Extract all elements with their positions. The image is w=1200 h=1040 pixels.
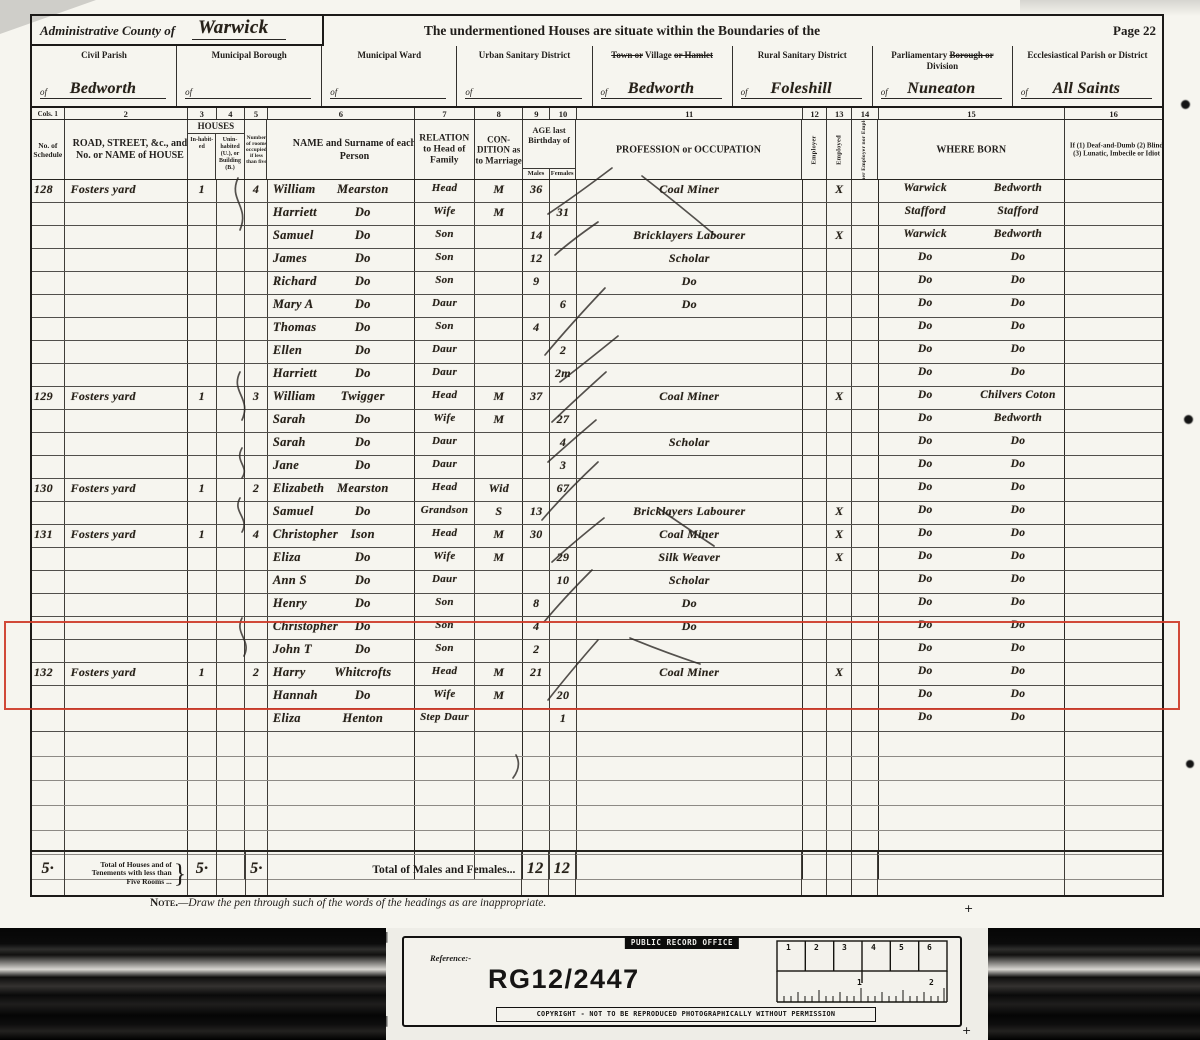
name-cell: SamuelDo: [268, 226, 415, 248]
relation-cell: Son: [415, 594, 475, 616]
census-row: HenryDoSon8DoDoDo: [32, 594, 1162, 617]
surname-or-ditto: Do: [334, 550, 392, 565]
forename: Harriett: [273, 366, 317, 381]
col-header-employed: Employed: [827, 120, 852, 179]
employer-cell: [803, 456, 828, 478]
inhabited-cell: [188, 594, 217, 616]
surname-or-ditto: Do: [334, 596, 392, 611]
born-county: Do: [879, 251, 972, 263]
relation-cell: Head: [415, 525, 475, 547]
schedule-cell: [32, 433, 65, 455]
rooms-cell: [245, 732, 268, 756]
address-cell: [65, 295, 188, 317]
forename: Thomas: [273, 320, 316, 335]
neither-cell: [852, 272, 879, 294]
condition-cell: M: [475, 387, 523, 409]
where-born-cell: DoDo: [879, 479, 1066, 501]
col-header-neither: Neither Employer nor Employed: [852, 120, 879, 179]
rooms-cell: [245, 806, 268, 830]
uninhabited-cell: [217, 709, 246, 731]
inhabited-cell: [188, 318, 217, 340]
forename: Eliza: [273, 711, 301, 726]
relation-cell: Daur: [415, 364, 475, 386]
inhabited-cell: [188, 709, 217, 731]
address-cell: [65, 341, 188, 363]
uninhabited-cell: [217, 433, 246, 455]
born-place: Do: [972, 320, 1065, 332]
employed-cell: [827, 249, 852, 271]
relation-cell: Wife: [415, 548, 475, 570]
address-cell: [65, 433, 188, 455]
born-place: Do: [972, 504, 1065, 516]
born-place: Chilvers Coton: [972, 389, 1065, 401]
name-cell: ChristopherIson: [268, 525, 415, 547]
occupation-cell: [577, 203, 803, 225]
admin-county-box: Administrative County of Warwick: [32, 16, 324, 46]
boundary-statement: The undermentioned Houses are situate wi…: [342, 23, 902, 39]
address-cell: [65, 364, 188, 386]
condition-cell: Wid: [475, 479, 523, 501]
column-number: 16: [1065, 108, 1162, 119]
name-cell: ElizaHenton: [268, 709, 415, 731]
name-cell: [268, 806, 415, 830]
age-male-cell: 9: [523, 272, 550, 294]
condition-cell: M: [475, 180, 523, 202]
where-born-cell: DoDo: [879, 594, 1066, 616]
totals-where-born-cell: [878, 852, 1065, 895]
neither-cell: [852, 433, 879, 455]
where-born-cell: DoDo: [879, 318, 1066, 340]
forename: Ellen: [273, 343, 302, 358]
inhabited-cell: [188, 433, 217, 455]
where-born-cell: DoDo: [879, 709, 1066, 731]
totals-schedule-cell: 5·: [32, 852, 65, 895]
name-cell: EllenDo: [268, 341, 415, 363]
address-cell: [65, 203, 188, 225]
totals-inhabited-cell: 5·: [188, 852, 217, 895]
svg-text:4: 4: [871, 943, 876, 952]
where-born-cell: DoDo: [879, 525, 1066, 547]
address-cell: Fosters yard: [65, 387, 188, 409]
born-place: Do: [972, 366, 1065, 378]
ruler-scale: 12 34 56 12: [776, 940, 948, 1006]
infirmity-cell: [1065, 387, 1162, 409]
census-row: HarriettDoWifeM31StaffordStafford: [32, 203, 1162, 226]
inhabited-cell: [188, 757, 217, 781]
age-male-cell: [523, 479, 550, 501]
where-born-cell: StaffordStafford: [879, 203, 1066, 225]
infirmity-cell: [1065, 709, 1162, 731]
infirmity-cell: [1065, 732, 1162, 756]
address-cell: [65, 732, 188, 756]
schedule-cell: [32, 757, 65, 781]
infirmity-cell: [1065, 341, 1162, 363]
surname-or-ditto: Do: [334, 251, 392, 266]
address-cell: [65, 249, 188, 271]
relation-cell: Daur: [415, 456, 475, 478]
totals-males-females-label-cell: Total of Males and Females...: [268, 852, 522, 895]
employer-cell: [803, 709, 828, 731]
employed-cell: X: [827, 502, 852, 524]
rooms-cell: [245, 433, 268, 455]
name-cell: ElizabethMearston: [268, 479, 415, 501]
schedule-cell: [32, 295, 65, 317]
rooms-cell: 2: [245, 479, 268, 501]
district-header-value-line: ofNuneaton: [881, 76, 1002, 99]
rooms-cell: [245, 410, 268, 432]
col-header-relation: RELATION to Head of Family: [415, 120, 475, 179]
registration-mark: |: [385, 1014, 389, 1027]
employed-cell: [827, 757, 852, 781]
born-place: Do: [972, 343, 1065, 355]
born-place: Bedworth: [972, 182, 1065, 194]
schedule-cell: [32, 709, 65, 731]
rooms-cell: [245, 249, 268, 271]
born-place: Stafford: [972, 205, 1065, 217]
name-cell: RichardDo: [268, 272, 415, 294]
rooms-cell: [245, 272, 268, 294]
occupation-cell: [577, 757, 803, 781]
employer-cell: [803, 781, 828, 805]
age-female-cell: [550, 272, 577, 294]
district-header-cell: Parliamentary Borough or DivisionofNunea…: [873, 46, 1013, 106]
forename: Eliza: [273, 550, 301, 565]
forename: Henry: [273, 596, 307, 611]
col-header-schedule: No. of Schedule: [32, 120, 65, 179]
forename: Jane: [273, 458, 299, 473]
born-county: Do: [879, 274, 972, 286]
forename: Elizabeth: [273, 481, 324, 496]
rooms-cell: 3: [245, 387, 268, 409]
brace-glyph: }: [174, 859, 186, 889]
surname-or-ditto: Mearston: [334, 182, 392, 197]
relation-cell: Step Daur: [415, 709, 475, 731]
column-headers-row: No. of Schedule ROAD, STREET, &c., and N…: [32, 120, 1162, 180]
name-cell: HenryDo: [268, 594, 415, 616]
schedule-cell: [32, 272, 65, 294]
rooms-cell: [245, 295, 268, 317]
column-number: 8: [475, 108, 523, 119]
born-county: Do: [879, 412, 972, 424]
district-header-value-line: of: [330, 76, 446, 99]
infirmity-cell: [1065, 410, 1162, 432]
census-sheet-scan: Administrative County of Warwick The und…: [0, 0, 1200, 1040]
relation-cell: Grandson: [415, 502, 475, 524]
born-county: Do: [879, 343, 972, 355]
address-cell: [65, 709, 188, 731]
employer-cell: [803, 387, 828, 409]
schedule-cell: [32, 571, 65, 593]
col-header-condition: CON-DITION as to Marriage: [475, 120, 523, 179]
employed-cell: [827, 318, 852, 340]
rooms-cell: [245, 757, 268, 781]
surname-or-ditto: Do: [334, 205, 392, 220]
census-row: SamuelDoGrandsonS13Bricklayers LabourerX…: [32, 502, 1162, 525]
age-male-cell: 36: [523, 180, 550, 202]
infirmity-cell: [1065, 456, 1162, 478]
occupation-cell: [577, 732, 803, 756]
age-male-cell: 12: [523, 249, 550, 271]
forename: Harriett: [273, 205, 317, 220]
surname-or-ditto: Do: [334, 366, 392, 381]
column-number: 9: [523, 108, 550, 119]
schedule-cell: [32, 318, 65, 340]
condition-cell: [475, 364, 523, 386]
inhabited-cell: 1: [188, 479, 217, 501]
relation-cell: Head: [415, 479, 475, 501]
film-label-area: PUBLIC RECORD OFFICE Reference:- RG12/24…: [386, 928, 988, 1040]
uninhabited-cell: [217, 502, 246, 524]
totals-occupation-cell: [576, 852, 802, 895]
uninhabited-cell: [217, 781, 246, 805]
name-cell: HarriettDo: [268, 203, 415, 225]
infirmity-cell: [1065, 180, 1162, 202]
where-born-cell: WarwickBedworth: [879, 226, 1066, 248]
employed-cell: [827, 479, 852, 501]
schedule-cell: [32, 364, 65, 386]
where-born-cell: DoChilvers Coton: [879, 387, 1066, 409]
address-cell: [65, 502, 188, 524]
age-male-cell: 4: [523, 318, 550, 340]
inhabited-cell: 1: [188, 180, 217, 202]
relation-cell: Son: [415, 272, 475, 294]
uninhabited-cell: [217, 525, 246, 547]
age-female-cell: [550, 806, 577, 830]
svg-text:6: 6: [927, 943, 932, 952]
name-cell: WilliamTwigger: [268, 387, 415, 409]
age-male-cell: [523, 410, 550, 432]
name-cell: SamuelDo: [268, 502, 415, 524]
neither-cell: [852, 180, 879, 202]
age-male-cell: 14: [523, 226, 550, 248]
forename: Richard: [273, 274, 317, 289]
address-cell: Fosters yard: [65, 479, 188, 501]
occupation-cell: Scholar: [577, 249, 803, 271]
name-cell: ThomasDo: [268, 318, 415, 340]
district-header-cell: Municipal Boroughof: [177, 46, 322, 106]
surname-or-ditto: Twigger: [334, 389, 392, 404]
age-male-cell: 37: [523, 387, 550, 409]
age-female-cell: 29: [550, 548, 577, 570]
schedule-cell: [32, 410, 65, 432]
age-male-cell: 8: [523, 594, 550, 616]
employed-cell: [827, 709, 852, 731]
address-cell: [65, 410, 188, 432]
uninhabited-cell: [217, 226, 246, 248]
forename: Sarah: [273, 435, 306, 450]
relation-cell: [415, 806, 475, 830]
occupation-cell: Do: [577, 295, 803, 317]
age-female-cell: 2m: [550, 364, 577, 386]
inhabited-cell: [188, 272, 217, 294]
age-male-cell: [523, 203, 550, 225]
condition-cell: [475, 226, 523, 248]
born-place: Bedworth: [972, 412, 1065, 424]
neither-cell: [852, 781, 879, 805]
name-cell: [268, 757, 415, 781]
where-born-cell: DoDo: [879, 341, 1066, 363]
age-male-cell: [523, 433, 550, 455]
pro-office-chip: PUBLIC RECORD OFFICE: [625, 936, 739, 949]
empty-row: [32, 806, 1162, 831]
age-male-cell: [523, 781, 550, 805]
relation-cell: Son: [415, 226, 475, 248]
infirmity-cell: [1065, 364, 1162, 386]
col-header-road: ROAD, STREET, &c., and No. or NAME of HO…: [65, 120, 189, 179]
age-female-cell: [550, 525, 577, 547]
neither-cell: [852, 732, 879, 756]
col-header-name: NAME and Surname of each Person: [267, 120, 414, 179]
neither-cell: [852, 226, 879, 248]
age-male-cell: [523, 732, 550, 756]
uninhabited-cell: [217, 757, 246, 781]
inhabited-cell: [188, 341, 217, 363]
condition-cell: [475, 341, 523, 363]
district-header-label: Civil Parish: [32, 50, 176, 61]
age-female-cell: [550, 318, 577, 340]
infirmity-cell: [1065, 249, 1162, 271]
schedule-cell: [32, 226, 65, 248]
relation-cell: Wife: [415, 410, 475, 432]
born-county: Do: [879, 320, 972, 332]
district-header-cell: Municipal Wardof: [322, 46, 457, 106]
column-number: 12: [803, 108, 828, 119]
col-header-rooms: Number of rooms occupied if less than fi…: [245, 120, 268, 179]
condition-cell: [475, 732, 523, 756]
relation-cell: Wife: [415, 203, 475, 225]
forename: William: [273, 182, 316, 197]
empty-row: [32, 757, 1162, 782]
census-row: ThomasDoSon4DoDo: [32, 318, 1162, 341]
uninhabited-cell: [217, 341, 246, 363]
uninhabited-cell: [217, 318, 246, 340]
name-cell: SarahDo: [268, 410, 415, 432]
age-female-cell: 31: [550, 203, 577, 225]
employer-cell: [803, 364, 828, 386]
inhabited-cell: [188, 364, 217, 386]
infirmity-cell: [1065, 781, 1162, 805]
forename: Samuel: [273, 228, 314, 243]
infirmity-cell: [1065, 433, 1162, 455]
name-cell: JamesDo: [268, 249, 415, 271]
born-county: Do: [879, 297, 972, 309]
age-female-cell: 4: [550, 433, 577, 455]
forename: Christopher: [273, 527, 338, 542]
rooms-cell: [245, 364, 268, 386]
born-county: Do: [879, 435, 972, 447]
district-header-row: Civil ParishofBedworthMunicipal Borougho…: [32, 46, 1162, 106]
census-row: JaneDoDaur3DoDo: [32, 456, 1162, 479]
born-place: Do: [972, 481, 1065, 493]
neither-cell: [852, 548, 879, 570]
column-number: 15: [879, 108, 1066, 119]
rooms-cell: [245, 203, 268, 225]
inhabited-cell: [188, 502, 217, 524]
born-place: Do: [972, 527, 1065, 539]
surname-or-ditto: Do: [334, 274, 392, 289]
column-number: 3: [188, 108, 217, 119]
age-female-cell: 1: [550, 709, 577, 731]
address-cell: [65, 548, 188, 570]
district-header-cell: Rural Sanitary DistrictofFoleshill: [733, 46, 873, 106]
neither-cell: [852, 806, 879, 830]
age-male-cell: 30: [523, 525, 550, 547]
employed-cell: X: [827, 548, 852, 570]
col-header-houses: HOUSES In-habit-ed Unin-habited (U.), or…: [188, 120, 244, 179]
age-female-cell: [550, 180, 577, 202]
census-row: Mary ADoDaur6DoDoDo: [32, 295, 1162, 318]
inhabited-cell: [188, 295, 217, 317]
condition-cell: M: [475, 525, 523, 547]
employer-cell: [803, 341, 828, 363]
reference-number: RG12/2447: [488, 964, 640, 995]
reference-label: Reference:-: [430, 953, 471, 963]
rooms-cell: [245, 318, 268, 340]
district-header-label: Urban Sanitary District: [457, 50, 591, 61]
condition-cell: M: [475, 410, 523, 432]
employed-cell: [827, 456, 852, 478]
born-county: Warwick: [879, 228, 972, 240]
census-row: SarahDoWifeM27DoBedworth: [32, 410, 1162, 433]
address-cell: [65, 456, 188, 478]
infirmity-cell: [1065, 479, 1162, 501]
condition-cell: M: [475, 203, 523, 225]
col-header-infirmity: If (1) Deaf-and-Dumb (2) Blind (3) Lunat…: [1065, 120, 1162, 179]
column-number: 14: [852, 108, 879, 119]
born-place: Do: [972, 297, 1065, 309]
name-cell: JaneDo: [268, 456, 415, 478]
relation-cell: Daur: [415, 571, 475, 593]
surname-or-ditto: Do: [334, 343, 392, 358]
neither-cell: [852, 571, 879, 593]
born-county: Do: [879, 481, 972, 493]
district-header-value: Nuneaton: [881, 80, 1002, 98]
relation-cell: [415, 732, 475, 756]
born-county: Warwick: [879, 182, 972, 194]
col-header-age: AGE last Birthday of Males Females: [523, 120, 575, 179]
census-row: 129Fosters yard13WilliamTwiggerHeadM37Co…: [32, 387, 1162, 410]
district-header-label: Municipal Ward: [322, 50, 456, 61]
rooms-cell: [245, 781, 268, 805]
condition-cell: [475, 571, 523, 593]
relation-cell: Son: [415, 318, 475, 340]
neither-cell: [852, 387, 879, 409]
age-female-cell: 2: [550, 341, 577, 363]
forename: Ann S: [273, 573, 307, 588]
registration-mark: |: [385, 930, 389, 943]
column-number: 2: [65, 108, 188, 119]
occupation-cell: Coal Miner: [577, 180, 803, 202]
employed-cell: [827, 364, 852, 386]
relation-cell: Daur: [415, 295, 475, 317]
uninhabited-cell: [217, 364, 246, 386]
address-cell: [65, 318, 188, 340]
name-cell: WilliamMearston: [268, 180, 415, 202]
column-number: Cols. 1: [32, 108, 65, 119]
born-place: Do: [972, 458, 1065, 470]
born-county: Do: [879, 366, 972, 378]
employer-cell: [803, 732, 828, 756]
address-cell: [65, 226, 188, 248]
district-header-value-line: of: [465, 76, 581, 99]
employed-cell: [827, 272, 852, 294]
where-born-cell: WarwickBedworth: [879, 180, 1066, 202]
empty-row: [32, 781, 1162, 806]
rooms-cell: [245, 502, 268, 524]
name-cell: HarriettDo: [268, 364, 415, 386]
infirmity-cell: [1065, 806, 1162, 830]
col-header-inhabited: In-habit-ed: [188, 134, 216, 179]
